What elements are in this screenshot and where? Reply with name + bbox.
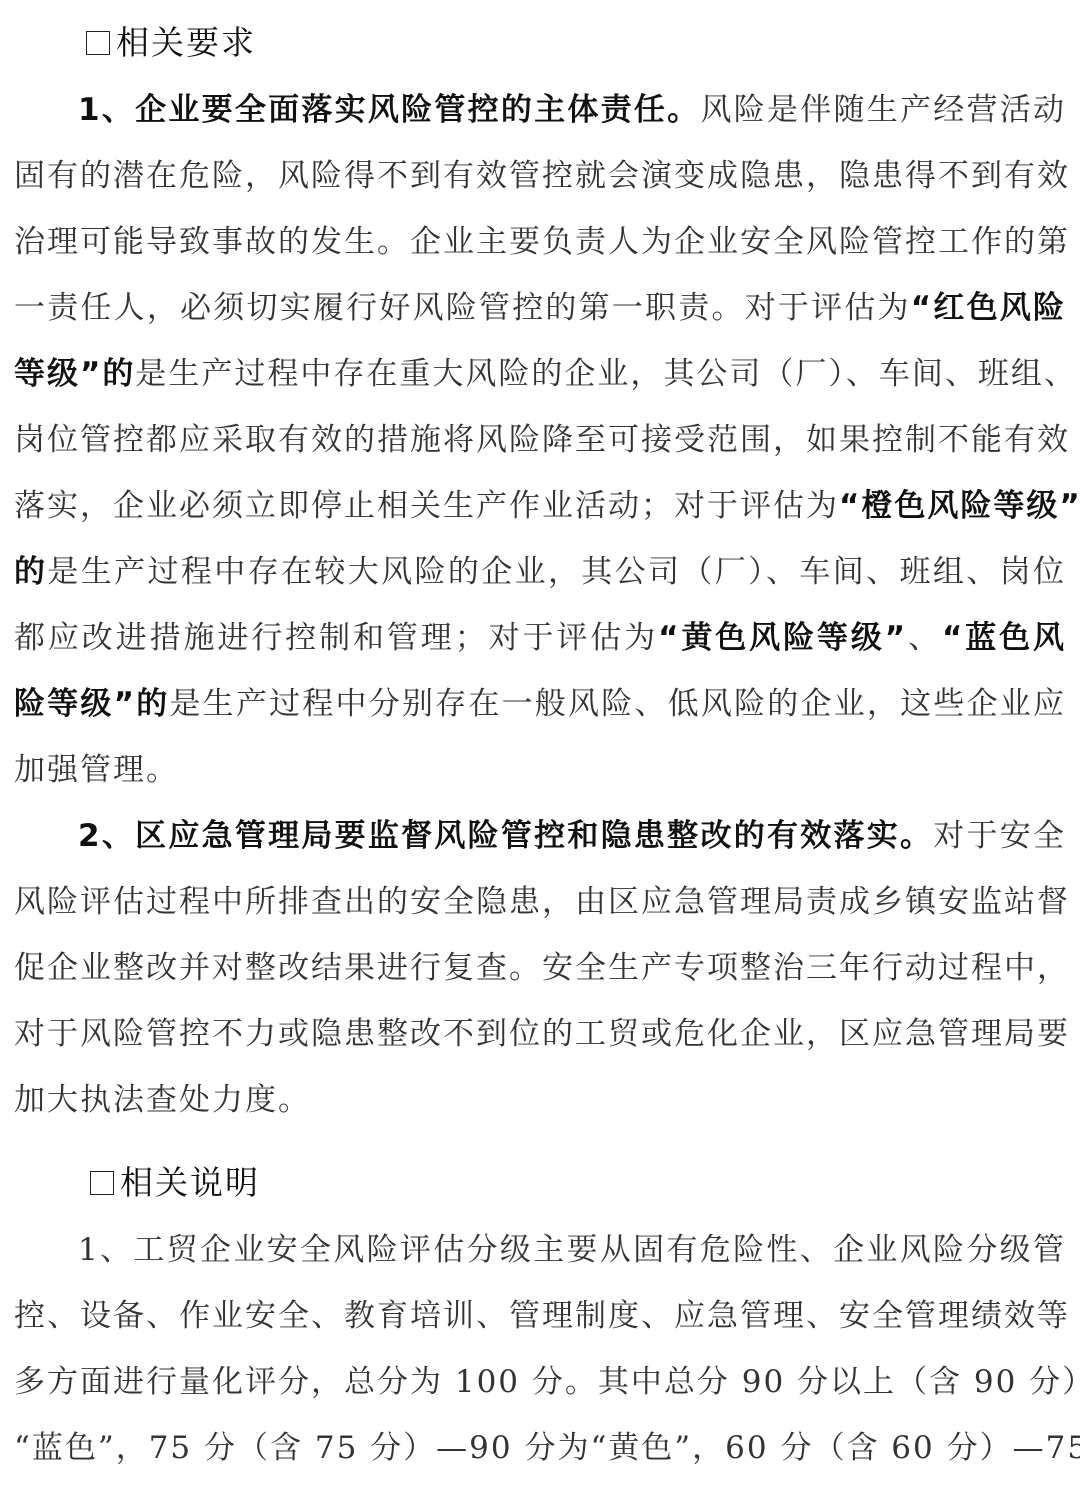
text: 风险是伴随生产经营活动 xyxy=(700,92,1066,128)
bold-text: “红色风险 xyxy=(911,290,1066,326)
paragraph-line: 加强管理。 xyxy=(14,737,1066,803)
bold-text: 区应急管理局要监督风险管控和隐患整改的有效落实。 xyxy=(135,818,933,854)
bold-text: 2、 xyxy=(78,818,135,854)
paragraph-line: 落实，企业必须立即停止相关生产作业活动；对于评估为“橙色风险等级” xyxy=(14,473,1066,539)
paragraph-line: 风险评估过程中所排查出的安全隐患，由区应急管理局责成乡镇安监站督 xyxy=(14,869,1066,935)
text: 是生产过程中存在较大风险的企业，其公司（厂）、车间、班组、岗位 xyxy=(47,554,1066,590)
paragraph-line: 加大执法查处力度。 xyxy=(14,1067,1066,1133)
text: 多方面进行量化评分，总分为 100 分。其中总分 90 分以上（含 90 分）为 xyxy=(14,1364,1080,1400)
section-title: 相关说明 xyxy=(120,1150,260,1216)
bold-text: 企业要全面落实风险管控的主体责任。 xyxy=(135,92,700,128)
text: 岗位管控都应采取有效的措施将风险降至可接受范围，如果控制不能有效 xyxy=(14,422,1070,458)
text: 都应改进措施进行控制和管理；对于评估为 xyxy=(14,620,658,656)
paragraph-line: 等级”的是生产过程中存在重大风险的企业，其公司（厂）、车间、班组、 xyxy=(14,341,1066,407)
text: 1、工贸企业安全风险评估分级主要从固有危险性、企业风险分级管 xyxy=(78,1232,1066,1268)
paragraph-line: 对于风险管控不力或隐患整改不到位的工贸或危化企业，区应急管理局要 xyxy=(14,1001,1066,1067)
checkbox-icon xyxy=(86,31,110,55)
paragraph-line: “蓝色”，75 分（含 75 分）—90 分为“黄色”，60 分（含 60 分）… xyxy=(14,1415,1066,1481)
text: “蓝色”，75 分（含 75 分）—90 分为“黄色”，60 分（含 60 分）… xyxy=(14,1430,1080,1466)
section-heading-requirements: 相关要求 xyxy=(86,10,256,76)
text: 风险评估过程中所排查出的安全隐患，由区应急管理局责成乡镇安监站督 xyxy=(14,884,1070,920)
text: 对于安全 xyxy=(933,818,1066,854)
text: 是生产过程中分别存在一般风险、低风险的企业，这些企业应 xyxy=(169,686,1066,722)
paragraph-line: 1、企业要全面落实风险管控的主体责任。风险是伴随生产经营活动 xyxy=(78,77,1066,143)
paragraph-line: 岗位管控都应采取有效的措施将风险降至可接受范围，如果控制不能有效 xyxy=(14,407,1066,473)
bold-text: “黄色风险等级” xyxy=(658,620,907,656)
bold-text: “橙色风险等级” xyxy=(839,488,1080,524)
text: 固有的潜在危险，风险得不到有效管控就会演变成隐患，隐患得不到有效 xyxy=(14,158,1070,194)
text: 控、设备、作业安全、教育培训、管理制度、应急管理、安全管理绩效等 xyxy=(14,1298,1070,1334)
paragraph-line: 2、区应急管理局要监督风险管控和隐患整改的有效落实。对于安全 xyxy=(78,803,1066,869)
text: 是生产过程中存在重大风险的企业，其公司（厂）、车间、班组、 xyxy=(135,356,1077,392)
text: 加强管理。 xyxy=(14,752,179,788)
text: 落实，企业必须立即停止相关生产作业活动；对于评估为 xyxy=(14,488,839,524)
paragraph-line: 险等级”的是生产过程中分别存在一般风险、低风险的企业，这些企业应 xyxy=(14,671,1066,737)
paragraph-line: 都应改进措施进行控制和管理；对于评估为“黄色风险等级”、“蓝色风 xyxy=(14,605,1066,671)
paragraph-line: 控、设备、作业安全、教育培训、管理制度、应急管理、安全管理绩效等 xyxy=(14,1283,1066,1349)
paragraph-line: 治理可能导致事故的发生。企业主要负责人为企业安全风险管控工作的第 xyxy=(14,209,1066,275)
text: 促企业整改并对整改结果进行复查。安全生产专项整治三年行动过程中， xyxy=(14,950,1070,986)
section-heading-notes: 相关说明 xyxy=(90,1150,260,1216)
text: 治理可能导致事故的发生。企业主要负责人为企业安全风险管控工作的第 xyxy=(14,224,1070,260)
bold-text: 的 xyxy=(14,554,47,590)
text: 对于风险管控不力或隐患整改不到位的工贸或危化企业，区应急管理局要 xyxy=(14,1016,1070,1052)
paragraph-line: 1、工贸企业安全风险评估分级主要从固有危险性、企业风险分级管 xyxy=(78,1217,1066,1283)
checkbox-icon xyxy=(90,1171,114,1195)
paragraph-line: 的是生产过程中存在较大风险的企业，其公司（厂）、车间、班组、岗位 xyxy=(14,539,1066,605)
bold-text: 等级”的 xyxy=(14,356,135,392)
bold-text: “蓝色风 xyxy=(942,620,1066,656)
paragraph-line: 多方面进行量化评分，总分为 100 分。其中总分 90 分以上（含 90 分）为 xyxy=(14,1349,1066,1415)
text: 一责任人，必须切实履行好风险管控的第一职责。对于评估为 xyxy=(14,290,911,326)
bold-text: 1、 xyxy=(78,92,135,128)
section-title: 相关要求 xyxy=(116,10,256,76)
text: 加大执法查处力度。 xyxy=(14,1082,311,1118)
paragraph-line: 固有的潜在危险，风险得不到有效管控就会演变成隐患，隐患得不到有效 xyxy=(14,143,1066,209)
paragraph-line: 一责任人，必须切实履行好风险管控的第一职责。对于评估为“红色风险 xyxy=(14,275,1066,341)
bold-text: 险等级”的 xyxy=(14,686,169,722)
paragraph-line: 促企业整改并对整改结果进行复查。安全生产专项整治三年行动过程中， xyxy=(14,935,1066,1001)
text: 、 xyxy=(907,620,942,656)
